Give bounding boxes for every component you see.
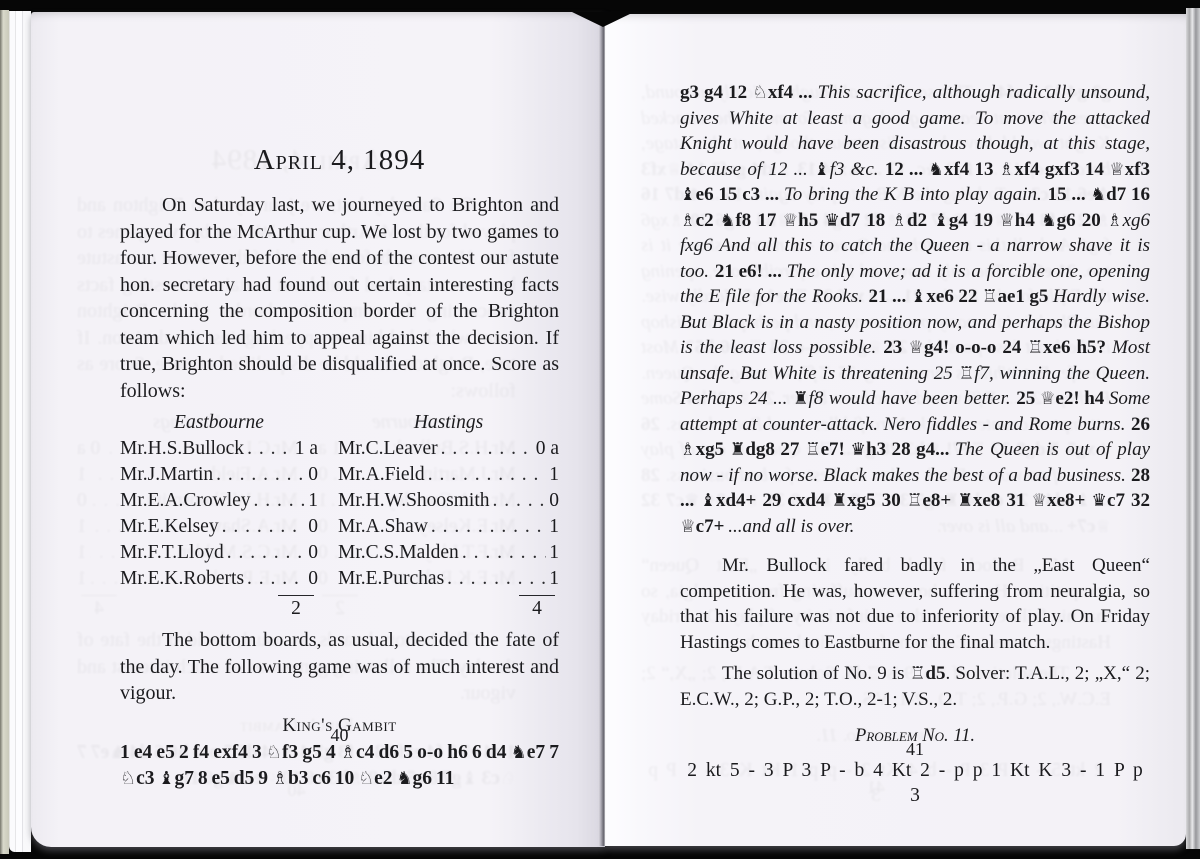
player-name: Mr.C.S.Malden xyxy=(338,540,459,566)
dot-leader xyxy=(493,488,547,514)
dot-leader xyxy=(222,514,306,540)
right-page-content: g3 g4 12 ♘xf4 ... This sacrifice, althou… xyxy=(605,14,1186,809)
dot-leader xyxy=(441,436,533,462)
dot-leader xyxy=(227,540,306,566)
solution-paragraph: The solution of No. 9 is ♖d5. Solver: T.… xyxy=(680,661,1150,712)
player-score: 1 xyxy=(549,540,559,566)
book-photo: April 4, 1894 On Saturday last, we journ… xyxy=(0,0,1200,859)
player-score: 0 xyxy=(549,488,559,514)
player-score: 1 xyxy=(549,514,559,540)
hastings-column: Hastings Mr.C.Leaver 0 a Mr.A.Field xyxy=(338,410,559,619)
dot-leader xyxy=(216,462,305,488)
player-name: Mr.H.W.Shoosmith xyxy=(338,488,490,514)
bullock-paragraph: Mr. Bullock fared badly in the „East Que… xyxy=(680,553,1150,655)
table-row: Mr.E.Kelsey 0 xyxy=(120,514,318,540)
hastings-total-row: 4 xyxy=(338,595,559,619)
game-annotation: g3 g4 12 ♘xf4 ... This sacrifice, althou… xyxy=(680,80,1150,539)
player-name: Mr.E.K.Roberts xyxy=(120,566,244,592)
dot-leader xyxy=(247,436,292,462)
gutter-top-notch xyxy=(572,12,634,27)
eastbourne-total-row: 2 xyxy=(120,595,318,619)
player-score: 1 a xyxy=(295,436,318,462)
left-page-content: April 4, 1894 On Saturday last, we journ… xyxy=(31,12,605,792)
player-name: Mr.H.S.Bullock xyxy=(120,436,244,462)
eastbourne-column: Eastbourne Mr.H.S.Bullock 1 a Mr.J.Marti… xyxy=(120,410,318,619)
match-results-table: Eastbourne Mr.H.S.Bullock 1 a Mr.J.Marti… xyxy=(120,410,559,619)
page-title: April 4, 1894 xyxy=(120,144,559,176)
player-score: 0 xyxy=(308,540,318,566)
bottom-boards-paragraph: The bottom boards, as usual, decided the… xyxy=(120,627,559,707)
right-page-edge xyxy=(1186,8,1200,849)
table-row: Mr.H.W.Shoosmith 0 xyxy=(338,488,559,514)
player-name: Mr.E.Kelsey xyxy=(120,514,219,540)
page-number-left: 40 xyxy=(120,722,559,749)
player-name: Mr.E.A.Crowley xyxy=(120,488,251,514)
eastbourne-rows: Mr.H.S.Bullock 1 a Mr.J.Martin 0 xyxy=(120,436,318,592)
table-row: Mr.E.Purchas 1 xyxy=(338,566,559,592)
player-name: Mr.C.Leaver xyxy=(338,436,438,462)
player-score: 1 xyxy=(549,462,559,488)
table-row: Mr.C.S.Malden 1 xyxy=(338,540,559,566)
book-cover-edge xyxy=(0,10,9,854)
dot-leader xyxy=(428,462,547,488)
table-row: Mr.A.Shaw 1 xyxy=(338,514,559,540)
player-score: 0 xyxy=(308,514,318,540)
table-row: Mr.H.S.Bullock 1 a xyxy=(120,436,318,462)
table-row: Mr.E.K.Roberts 0 xyxy=(120,566,318,592)
player-score: 0 xyxy=(308,566,318,592)
page-stack-fore-edge xyxy=(9,11,31,852)
player-score: 1 xyxy=(308,488,318,514)
eastbourne-total: 2 xyxy=(278,595,314,619)
player-score: 0 a xyxy=(536,436,559,462)
player-name: Mr.A.Field xyxy=(338,462,425,488)
dot-leader xyxy=(247,566,305,592)
player-name: Mr.E.Purchas xyxy=(338,566,444,592)
player-name: Mr.A.Shaw xyxy=(338,514,428,540)
dot-leader xyxy=(447,566,546,592)
player-name: Mr.J.Martin xyxy=(120,462,213,488)
intro-paragraph: On Saturday last, we journeyed to Bright… xyxy=(120,192,559,404)
dot-leader xyxy=(462,540,546,566)
table-row: Mr.E.A.Crowley 1 xyxy=(120,488,318,514)
dot-leader xyxy=(431,514,546,540)
player-name: Mr.F.T.Lloyd xyxy=(120,540,224,566)
player-score: 1 xyxy=(549,566,559,592)
player-score: 0 xyxy=(308,462,318,488)
hastings-rows: Mr.C.Leaver 0 a Mr.A.Field 1 xyxy=(338,436,559,592)
left-page: April 4, 1894 On Saturday last, we journ… xyxy=(31,12,605,847)
hastings-total: 4 xyxy=(519,595,555,619)
dot-leader xyxy=(254,488,306,514)
right-page: g3 g4 12 ♘xf4 ... This sacrifice, althou… xyxy=(605,14,1186,846)
table-row: Mr.J.Martin 0 xyxy=(120,462,318,488)
table-row: Mr.C.Leaver 0 a xyxy=(338,436,559,462)
hastings-header: Hastings xyxy=(338,410,559,436)
eastbourne-header: Eastbourne xyxy=(120,410,318,436)
table-row: Mr.A.Field 1 xyxy=(338,462,559,488)
problem-position: 2 kt 5 - 3 P 3 P - b 4 Kt 2 - p p 1 Kt K… xyxy=(680,758,1150,809)
table-row: Mr.F.T.Lloyd 0 xyxy=(120,540,318,566)
page-number-right: 41 xyxy=(680,737,1150,763)
